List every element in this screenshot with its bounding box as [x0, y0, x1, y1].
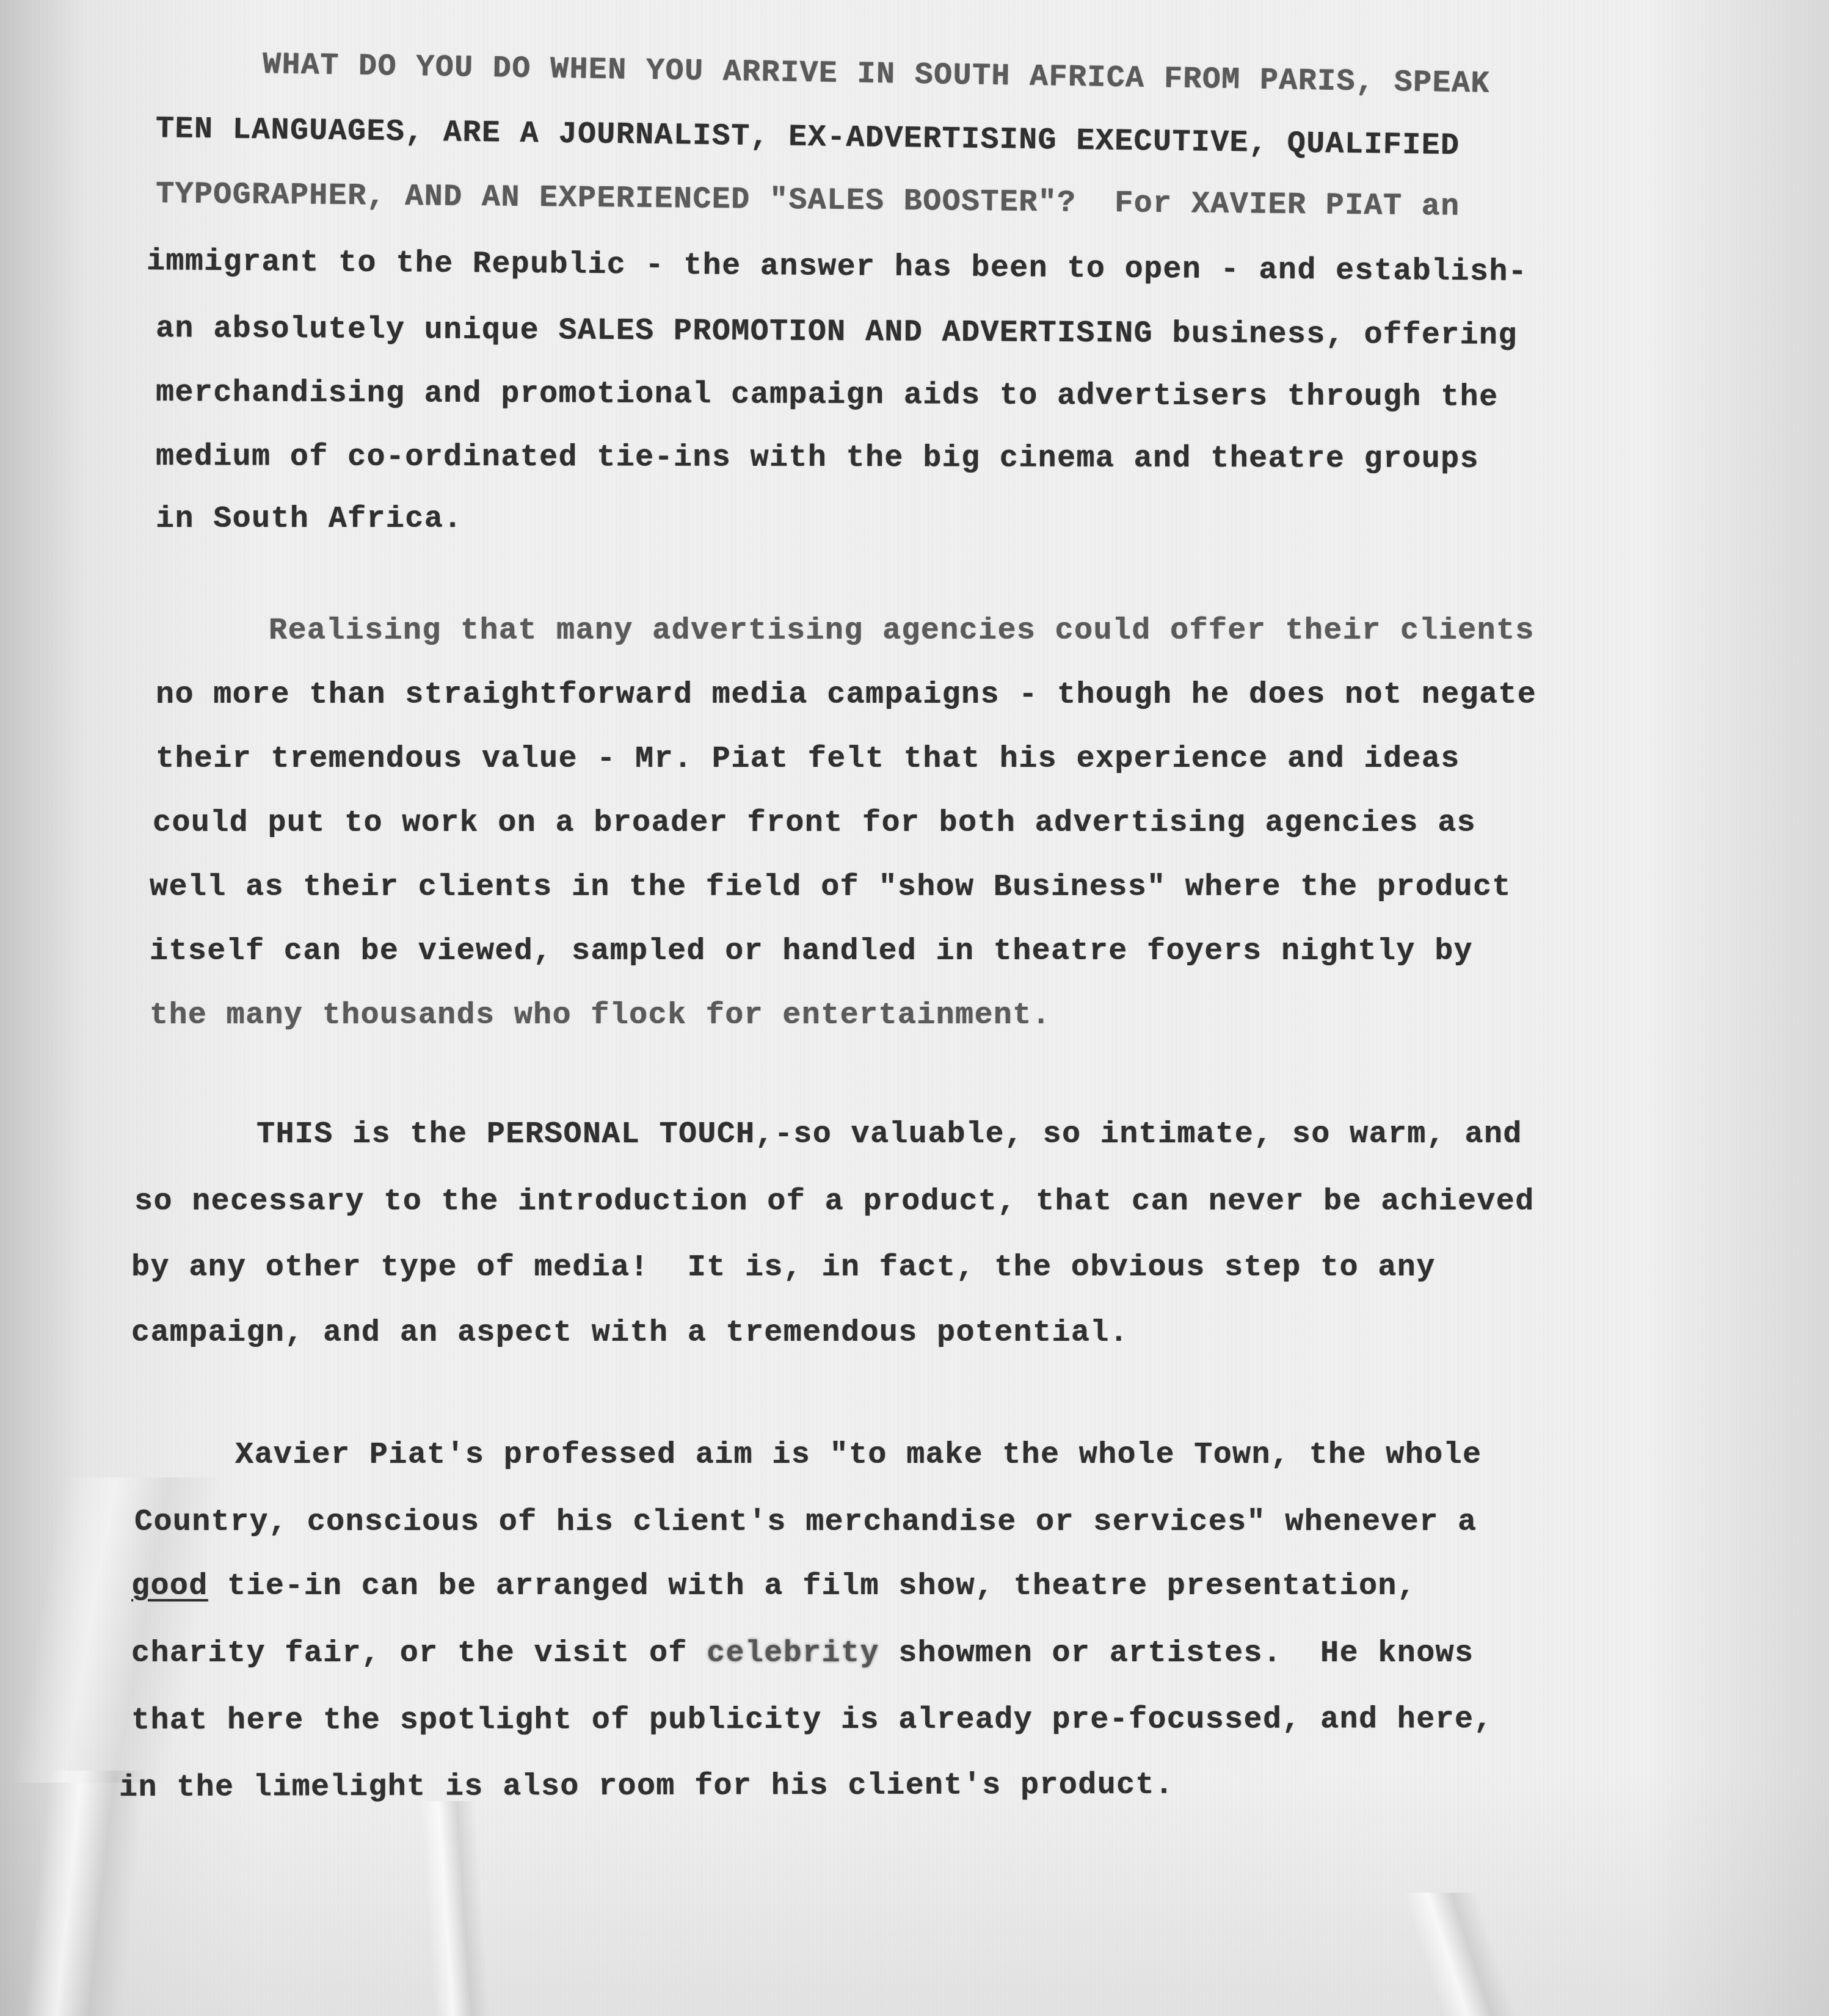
- text-segment: charity fair, or the visit of: [131, 1636, 707, 1671]
- paper-crease: [24, 1771, 147, 2016]
- text-line: an absolutely unique SALES PROMOTION AND…: [156, 311, 1518, 354]
- text-line: charity fair, or the visit of celebrity …: [131, 1636, 1474, 1671]
- text-line: no more than straightforward media campa…: [156, 678, 1536, 712]
- text-line: well as their clients in the field of "s…: [150, 870, 1511, 905]
- text-line: their tremendous value - Mr. Piat felt t…: [156, 742, 1460, 777]
- text-line: that here the spotlight of publicity is …: [131, 1702, 1493, 1738]
- text-line: good tie-in can be arranged with a film …: [131, 1569, 1416, 1604]
- text-line: so necessary to the introduction of a pr…: [134, 1184, 1535, 1219]
- underlined-word: good: [131, 1569, 208, 1604]
- text-segment: tie-in can be arranged with a film show,…: [208, 1569, 1417, 1604]
- text-line: campaign, and an aspect with a tremendou…: [131, 1316, 1129, 1351]
- paper-crease: [1403, 1893, 1516, 2016]
- paper-crease: [420, 1801, 490, 2016]
- text-segment: showmen or artistes. He knows: [879, 1636, 1474, 1671]
- text-line: Xavier Piat's professed aim is "to make …: [235, 1438, 1482, 1473]
- struck-word: celebrity: [707, 1636, 879, 1671]
- text-line: itself can be viewed, sampled or handled…: [150, 934, 1473, 969]
- text-line: the many thousands who flock for enterta…: [150, 998, 1051, 1033]
- text-line: medium of co-ordinated tie-ins with the …: [156, 440, 1479, 477]
- text-line: Realising that many advertising agencies…: [269, 614, 1535, 648]
- text-line: Country, conscious of his client's merch…: [134, 1505, 1477, 1540]
- text-line: THIS is the PERSONAL TOUCH,-so valuable,…: [256, 1117, 1522, 1152]
- text-line: by any other type of media! It is, in fa…: [131, 1250, 1436, 1285]
- text-line: could put to work on a broader front for…: [153, 806, 1476, 841]
- text-line: in South Africa.: [156, 502, 462, 537]
- text-line: in the limelight is also room for his cl…: [119, 1768, 1174, 1805]
- text-line: merchandising and promotional campaign a…: [156, 375, 1499, 415]
